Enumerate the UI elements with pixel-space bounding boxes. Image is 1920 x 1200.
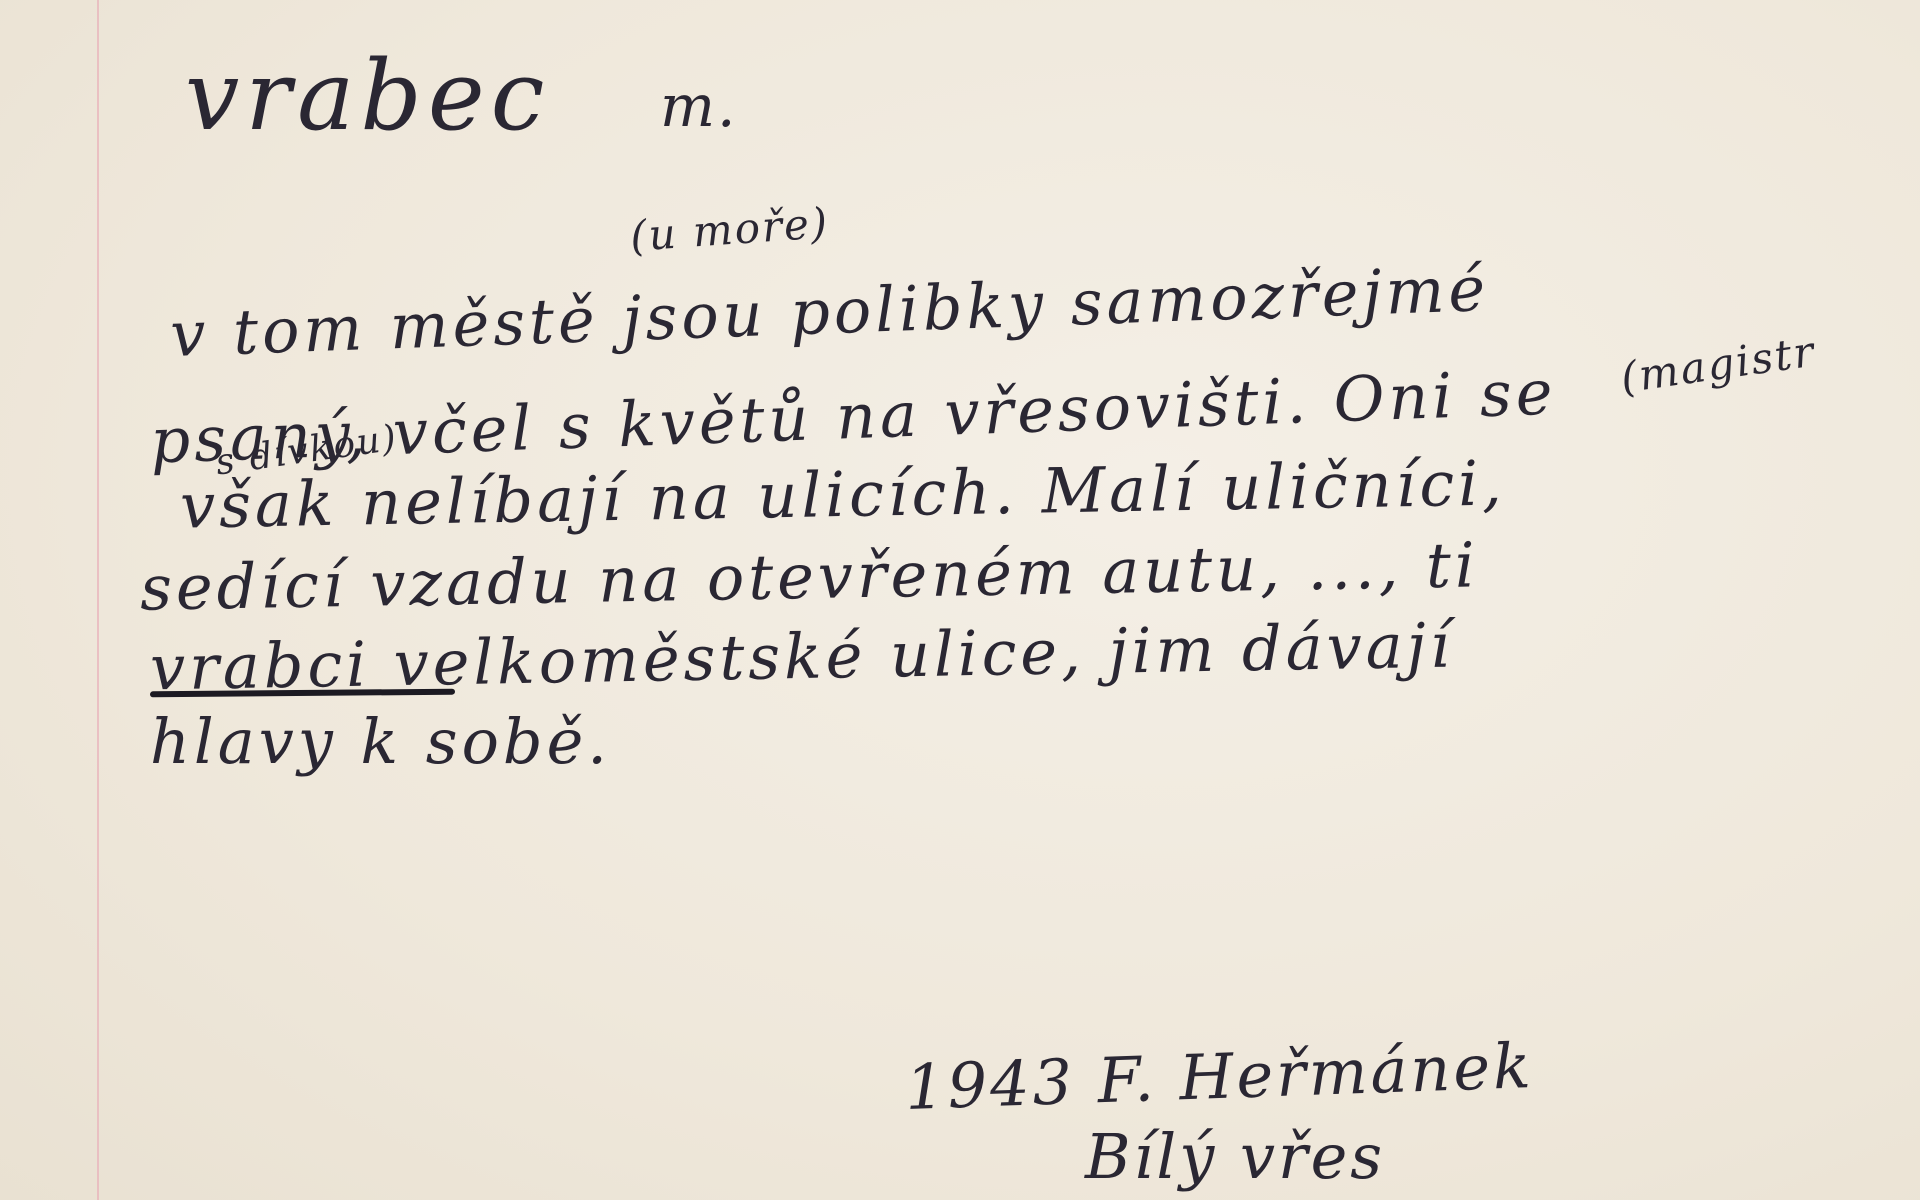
text-line-1: v tom městě jsou polibky samozřejmé: [169, 252, 1490, 371]
index-card: vrabec m. (u moře) (magistr s dívkou) v …: [0, 0, 1920, 1200]
text-line-6: hlavy k sobě.: [150, 705, 611, 778]
grammar-label: m.: [660, 72, 737, 140]
headword: vrabec: [185, 40, 550, 152]
signature-source: Bílý vřes: [1085, 1120, 1385, 1193]
margin-line: [97, 0, 99, 1200]
text-line-4: sedící vzadu na otevřeném autu, ..., ti: [139, 528, 1479, 624]
signature-author: 1943 F. Heřmánek: [904, 1029, 1535, 1124]
insertion-magistr: (magistr: [1618, 327, 1819, 403]
insertion-u-more: (u moře): [629, 198, 831, 261]
